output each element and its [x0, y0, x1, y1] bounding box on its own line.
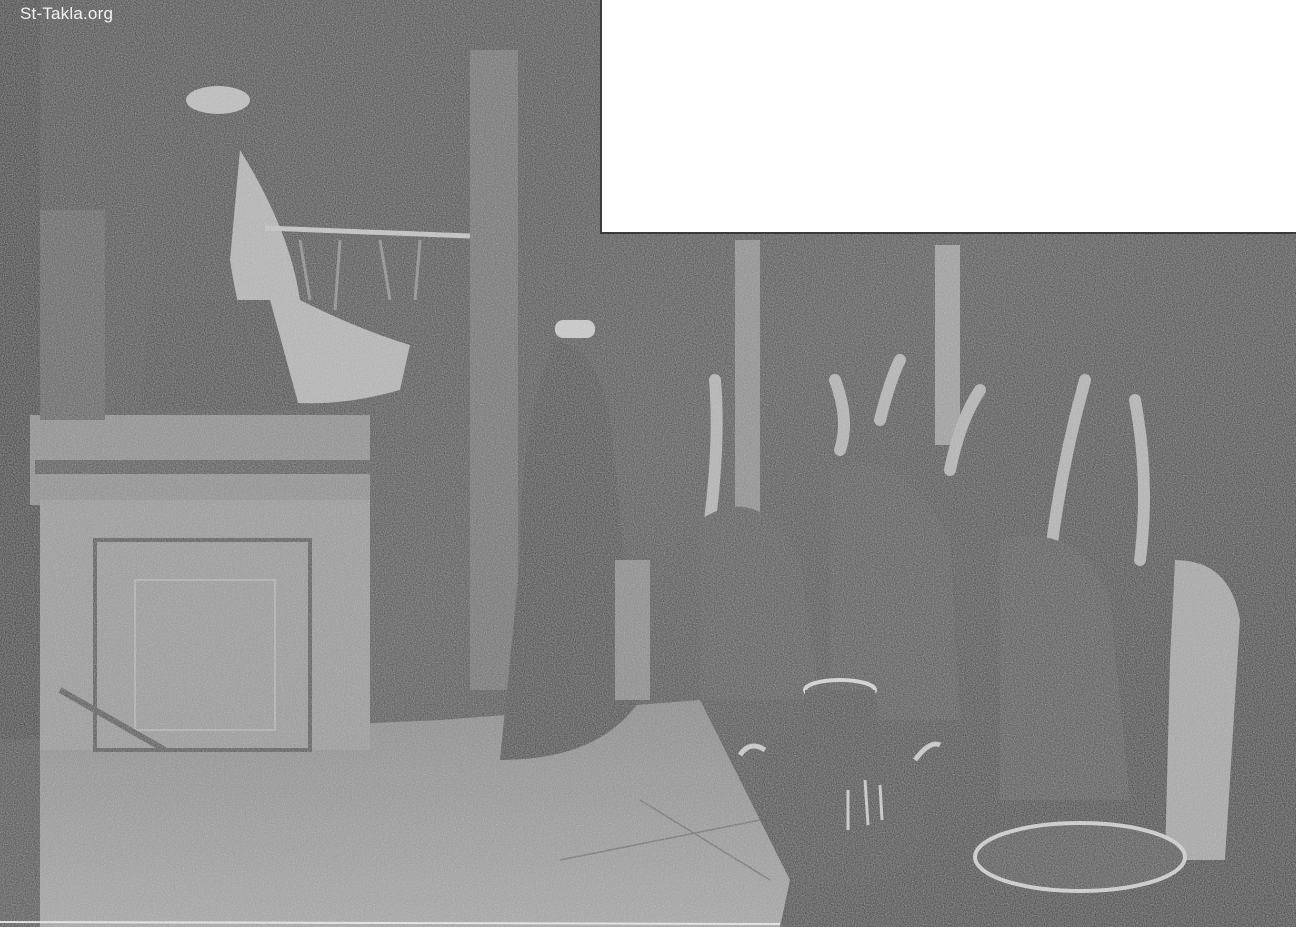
blank-paper-area [600, 0, 1296, 234]
watermark-text: St-Takla.org [20, 4, 113, 24]
stone-platform [30, 415, 370, 750]
pillar [40, 210, 105, 420]
basin [975, 823, 1185, 891]
pillar [935, 245, 960, 445]
